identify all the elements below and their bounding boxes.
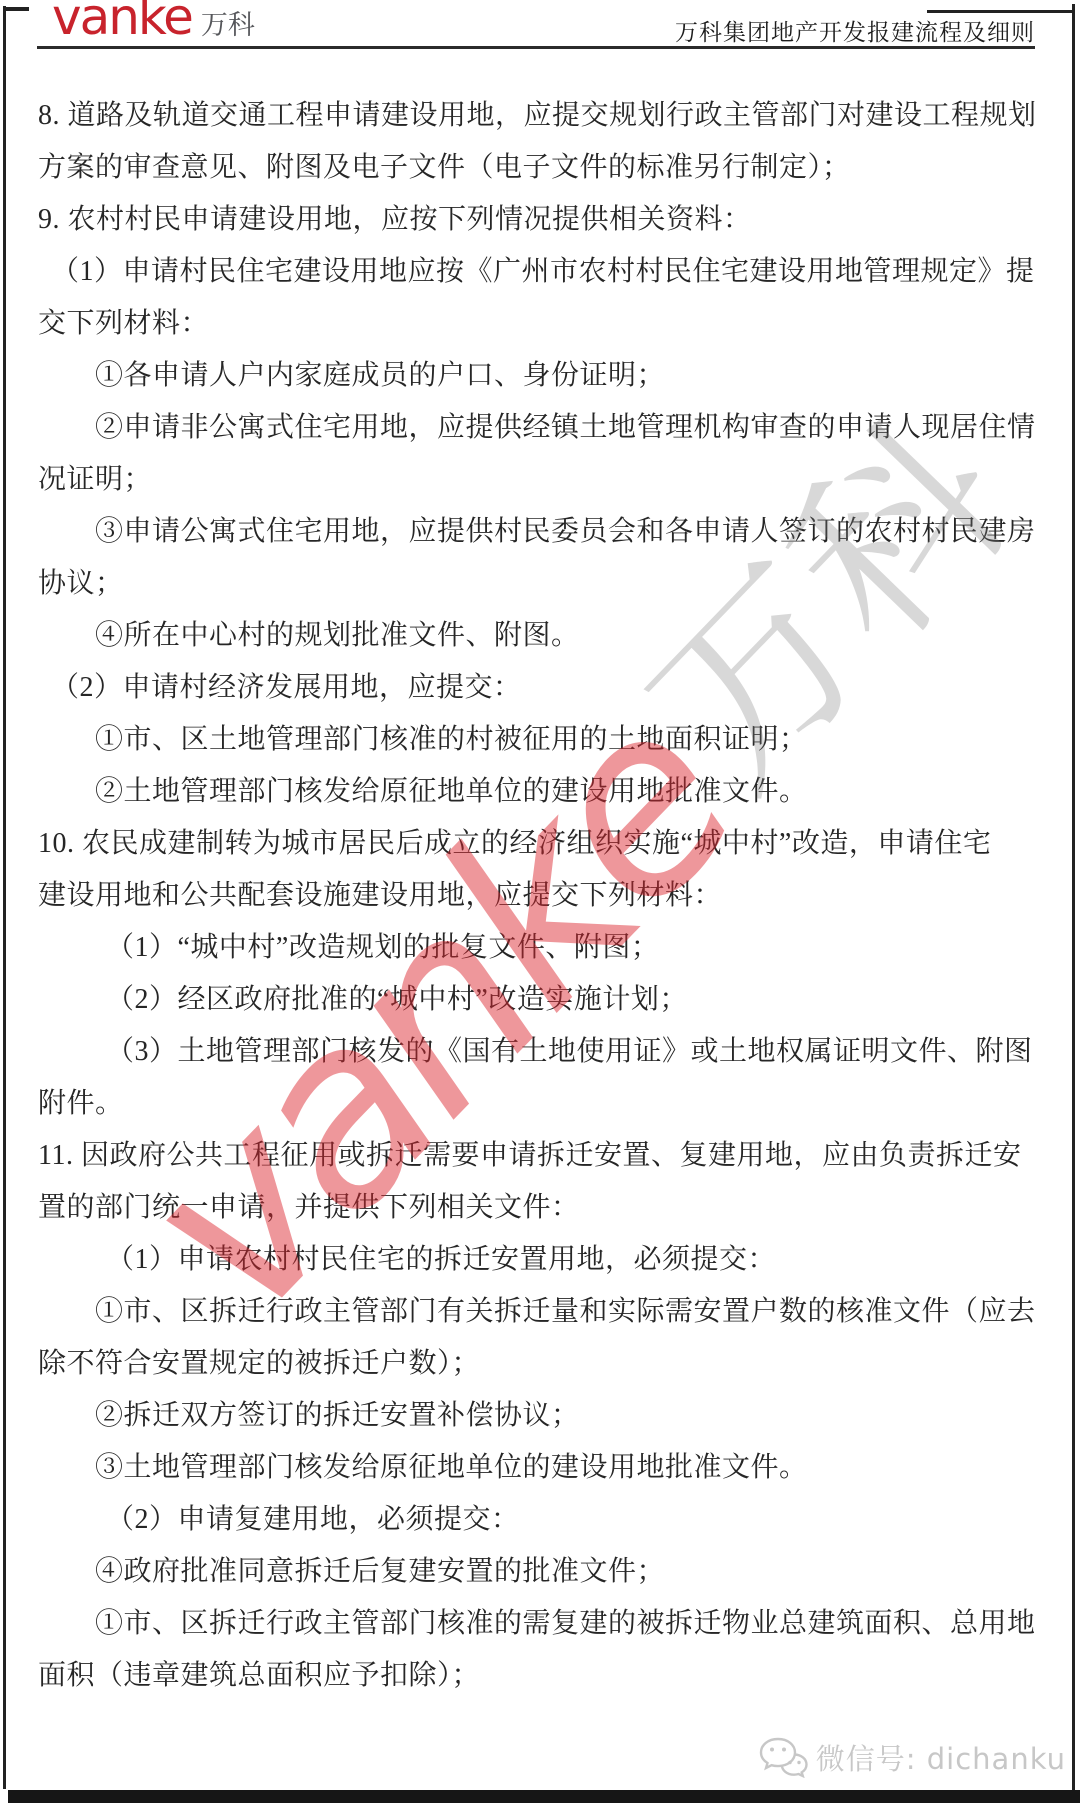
page-edge-top-right	[927, 10, 1075, 13]
wechat-icon	[758, 1736, 808, 1778]
page-edge-left	[3, 6, 6, 1789]
document-page: vanke万科 万科集团地产开发报建流程及细则 8. 道路及轨道交通工程申请建设…	[0, 0, 1080, 1803]
wechat-id-label: 微信号: dichanku	[816, 1737, 1066, 1778]
text-line: 置的部门统一申请，并提供下列相关文件：	[38, 1182, 1050, 1234]
text-line: （3）土地管理部门核发的《国有土地使用证》或土地权属证明文件、附图	[38, 1026, 1050, 1078]
document-title: 万科集团地产开发报建流程及细则	[675, 14, 1035, 47]
text-line: 面积（违章建筑总面积应予扣除）；	[38, 1650, 1050, 1702]
text-line: ③土地管理部门核发给原征地单位的建设用地批准文件。	[38, 1442, 1050, 1494]
text-line: 方案的审查意见、附图及电子文件（电子文件的标准另行制定）；	[38, 142, 1050, 194]
text-line: （1）“城中村”改造规划的批复文件、附图；	[38, 922, 1050, 974]
text-line: 11. 因政府公共工程征用或拆迁需要申请拆迁安置、复建用地，应由负责拆迁安	[38, 1130, 1050, 1182]
text-line: 9. 农村村民申请建设用地，应按下列情况提供相关资料：	[38, 194, 1050, 246]
text-line: 协议；	[38, 558, 1050, 610]
vanke-logo: vanke万科	[52, 0, 255, 46]
page-edge-right	[1072, 4, 1075, 1803]
text-line: ①市、区拆迁行政主管部门核准的需复建的被拆迁物业总建筑面积、总用地	[38, 1598, 1050, 1650]
vanke-logo-latin: vanke	[52, 0, 192, 46]
text-line: ②拆迁双方签订的拆迁安置补偿协议；	[38, 1390, 1050, 1442]
text-line: 交下列材料：	[38, 298, 1050, 350]
text-line: ①市、区土地管理部门核准的村被征用的土地面积证明；	[38, 714, 1050, 766]
vanke-logo-cjk: 万科	[201, 10, 255, 41]
text-line: ③申请公寓式住宅用地，应提供村民委员会和各申请人签订的农村村民建房	[38, 506, 1050, 558]
page-edge-bottom	[8, 1790, 1080, 1803]
document-body: 8. 道路及轨道交通工程申请建设用地，应提交规划行政主管部门对建设工程规划方案的…	[38, 90, 1050, 1702]
page-edge-top-left	[3, 7, 29, 11]
text-line: 况证明；	[38, 454, 1050, 506]
text-line: ①市、区拆迁行政主管部门有关拆迁量和实际需安置户数的核准文件（应去	[38, 1286, 1050, 1338]
text-line: 除不符合安置规定的被拆迁户数）；	[38, 1338, 1050, 1390]
text-line: （1）申请村民住宅建设用地应按《广州市农村村民住宅建设用地管理规定》提	[38, 246, 1050, 298]
text-line: ②申请非公寓式住宅用地，应提供经镇土地管理机构审查的申请人现居住情	[38, 402, 1050, 454]
text-line: 建设用地和公共配套设施建设用地，应提交下列材料：	[38, 870, 1050, 922]
text-line: （1）申请农村村民住宅的拆迁安置用地，必须提交：	[38, 1234, 1050, 1286]
text-line: ①各申请人户内家庭成员的户口、身份证明；	[38, 350, 1050, 402]
text-line: ②土地管理部门核发给原征地单位的建设用地批准文件。	[38, 766, 1050, 818]
text-line: ④所在中心村的规划批准文件、附图。	[38, 610, 1050, 662]
text-line: ④政府批准同意拆迁后复建安置的批准文件；	[38, 1546, 1050, 1598]
text-line: （2）申请村经济发展用地，应提交：	[38, 662, 1050, 714]
text-line: 附件。	[38, 1078, 1050, 1130]
text-line: （2）申请复建用地，必须提交：	[38, 1494, 1050, 1546]
text-line: 8. 道路及轨道交通工程申请建设用地，应提交规划行政主管部门对建设工程规划	[38, 90, 1050, 142]
text-line: （2）经区政府批准的“城中村”改造实施计划；	[38, 974, 1050, 1026]
header-divider	[37, 46, 1035, 49]
page-footer: 微信号: dichanku	[758, 1736, 1066, 1778]
text-line: 10. 农民成建制转为城市居民后成立的经济组织实施“城中村”改造，申请住宅	[38, 818, 1050, 870]
